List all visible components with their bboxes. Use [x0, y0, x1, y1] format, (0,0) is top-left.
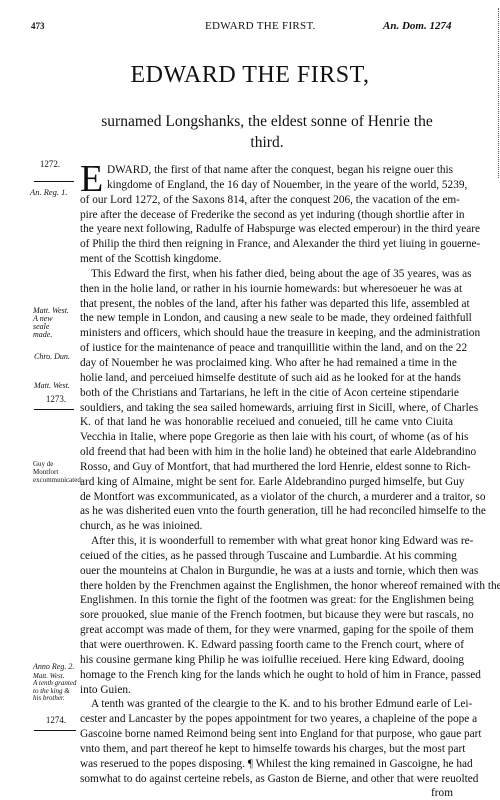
running-date: An. Dom. 1274 [383, 20, 451, 32]
text-line: the yeare next following, Radulfe of Hab… [80, 222, 453, 237]
text-line: ouer the mounteins at Chalon in Burgundi… [80, 564, 453, 579]
text-line: church, as he was inioined. [80, 519, 453, 534]
margin-rule [34, 181, 74, 182]
text-line: de Montfort was excommunicated, as a vio… [80, 490, 453, 505]
text-line: great accompt was made of them, for they… [80, 623, 453, 638]
text-line: souldiers, and taking the sea sailed hom… [80, 401, 453, 416]
margin-rule [34, 409, 74, 410]
text-line: K. of that land he was honorablie receiu… [80, 415, 453, 430]
text-line: cester and Lancaster by the popes appoin… [80, 712, 453, 727]
text-line: This Edward the first, when his father d… [80, 267, 453, 282]
text-line: that present, the nobles of the land, af… [80, 297, 453, 312]
text-line: as he was disherited euen vnto the fourt… [80, 504, 453, 519]
text-line: both of the Christians and Tartarians, h… [80, 386, 453, 401]
text-line: there holden by the Frenchmen against th… [80, 579, 453, 594]
text-line: homage to the French king for the lands … [80, 668, 453, 683]
text-line: day of Nouember he was proclaimed king. … [80, 356, 453, 371]
text-line: old freend that had been with him in the… [80, 445, 453, 460]
chapter-subtitle: surnamed Longshanks, the eldest sonne of… [92, 111, 442, 153]
text-line: of Philip the third then reigning in Fra… [80, 237, 453, 252]
text-line: After this, it is woonderfull to remembe… [80, 534, 453, 549]
margin-guy-excommunicated: Guy de Montfort excommunicated. [33, 460, 77, 484]
text-line: sore prouoked, slue manie of the French … [80, 608, 453, 623]
body-text: DWARD, the first of that name after the … [80, 163, 453, 800]
text-line: his cousine germane king Philip he was i… [80, 653, 453, 668]
text-line: Englishmen. In this tornie the fight of … [80, 593, 453, 608]
text-line: Gascoine borne named Reimond being sent … [80, 727, 453, 742]
text-line: kingdome of England, the 16 day of Nouem… [80, 178, 453, 193]
margin-new-seale: A new seale made. [33, 315, 69, 339]
text-line: was reserued to the popes disposing. ¶ W… [80, 757, 453, 772]
text-line: ministers and officers, which should hau… [80, 326, 453, 341]
text-line: pire after the decease of Frederike the … [80, 208, 453, 223]
margin-year-1274: 1274. [36, 716, 76, 724]
running-title: EDWARD THE FIRST. [205, 20, 316, 32]
text-line: DWARD, the first of that name after the … [80, 163, 453, 178]
margin-year-1273: 1273. [36, 395, 76, 403]
text-line: vnto them, and part thereof he kept to h… [80, 742, 453, 757]
page-number: 473 [31, 21, 45, 31]
text-line: Vecchia in Italie, where pope Gregorie a… [80, 430, 453, 445]
text-line: the new temple in London, and causing a … [80, 311, 453, 326]
margin-year-1272: 1272. [30, 160, 70, 168]
catchword: from [80, 786, 453, 800]
text-line: then in the holie land, or rather in his… [80, 282, 453, 297]
text-line: into Guien. [80, 683, 453, 698]
text-line: that were ouerthrowen. K. Edward passing… [80, 638, 453, 653]
text-line: Rosso, and Guy of Montfort, that had mur… [80, 460, 453, 475]
text-line: ard king of Almaine, might be sent for. … [80, 475, 453, 490]
margin-an-reg: An. Reg. 1. [30, 188, 86, 196]
margin-tenth-granted: A tenth granted to the king & his brothe… [33, 680, 77, 703]
text-line: ment of the Scottish kingdome. [80, 252, 453, 267]
chapter-title: EDWARD THE FIRST, [0, 62, 500, 89]
book-page: 473 EDWARD THE FIRST. An. Dom. 1274 EDWA… [0, 0, 500, 800]
text-line: of our Lord 1272, of the Saxons 814, aft… [80, 193, 453, 208]
text-line: A tenth was granted of the cleargie to t… [80, 697, 453, 712]
margin-rule [34, 730, 76, 731]
running-head: 473 EDWARD THE FIRST. An. Dom. 1274 [0, 20, 500, 36]
text-line: ceiued of the cities, as he passed throu… [80, 549, 453, 564]
text-line: somwhat to do against certeine rebels, a… [80, 772, 453, 787]
text-line: of iustice for the maintenance of peace … [80, 341, 453, 356]
text-line: holie land, and perceiued himselfe desti… [80, 371, 453, 386]
